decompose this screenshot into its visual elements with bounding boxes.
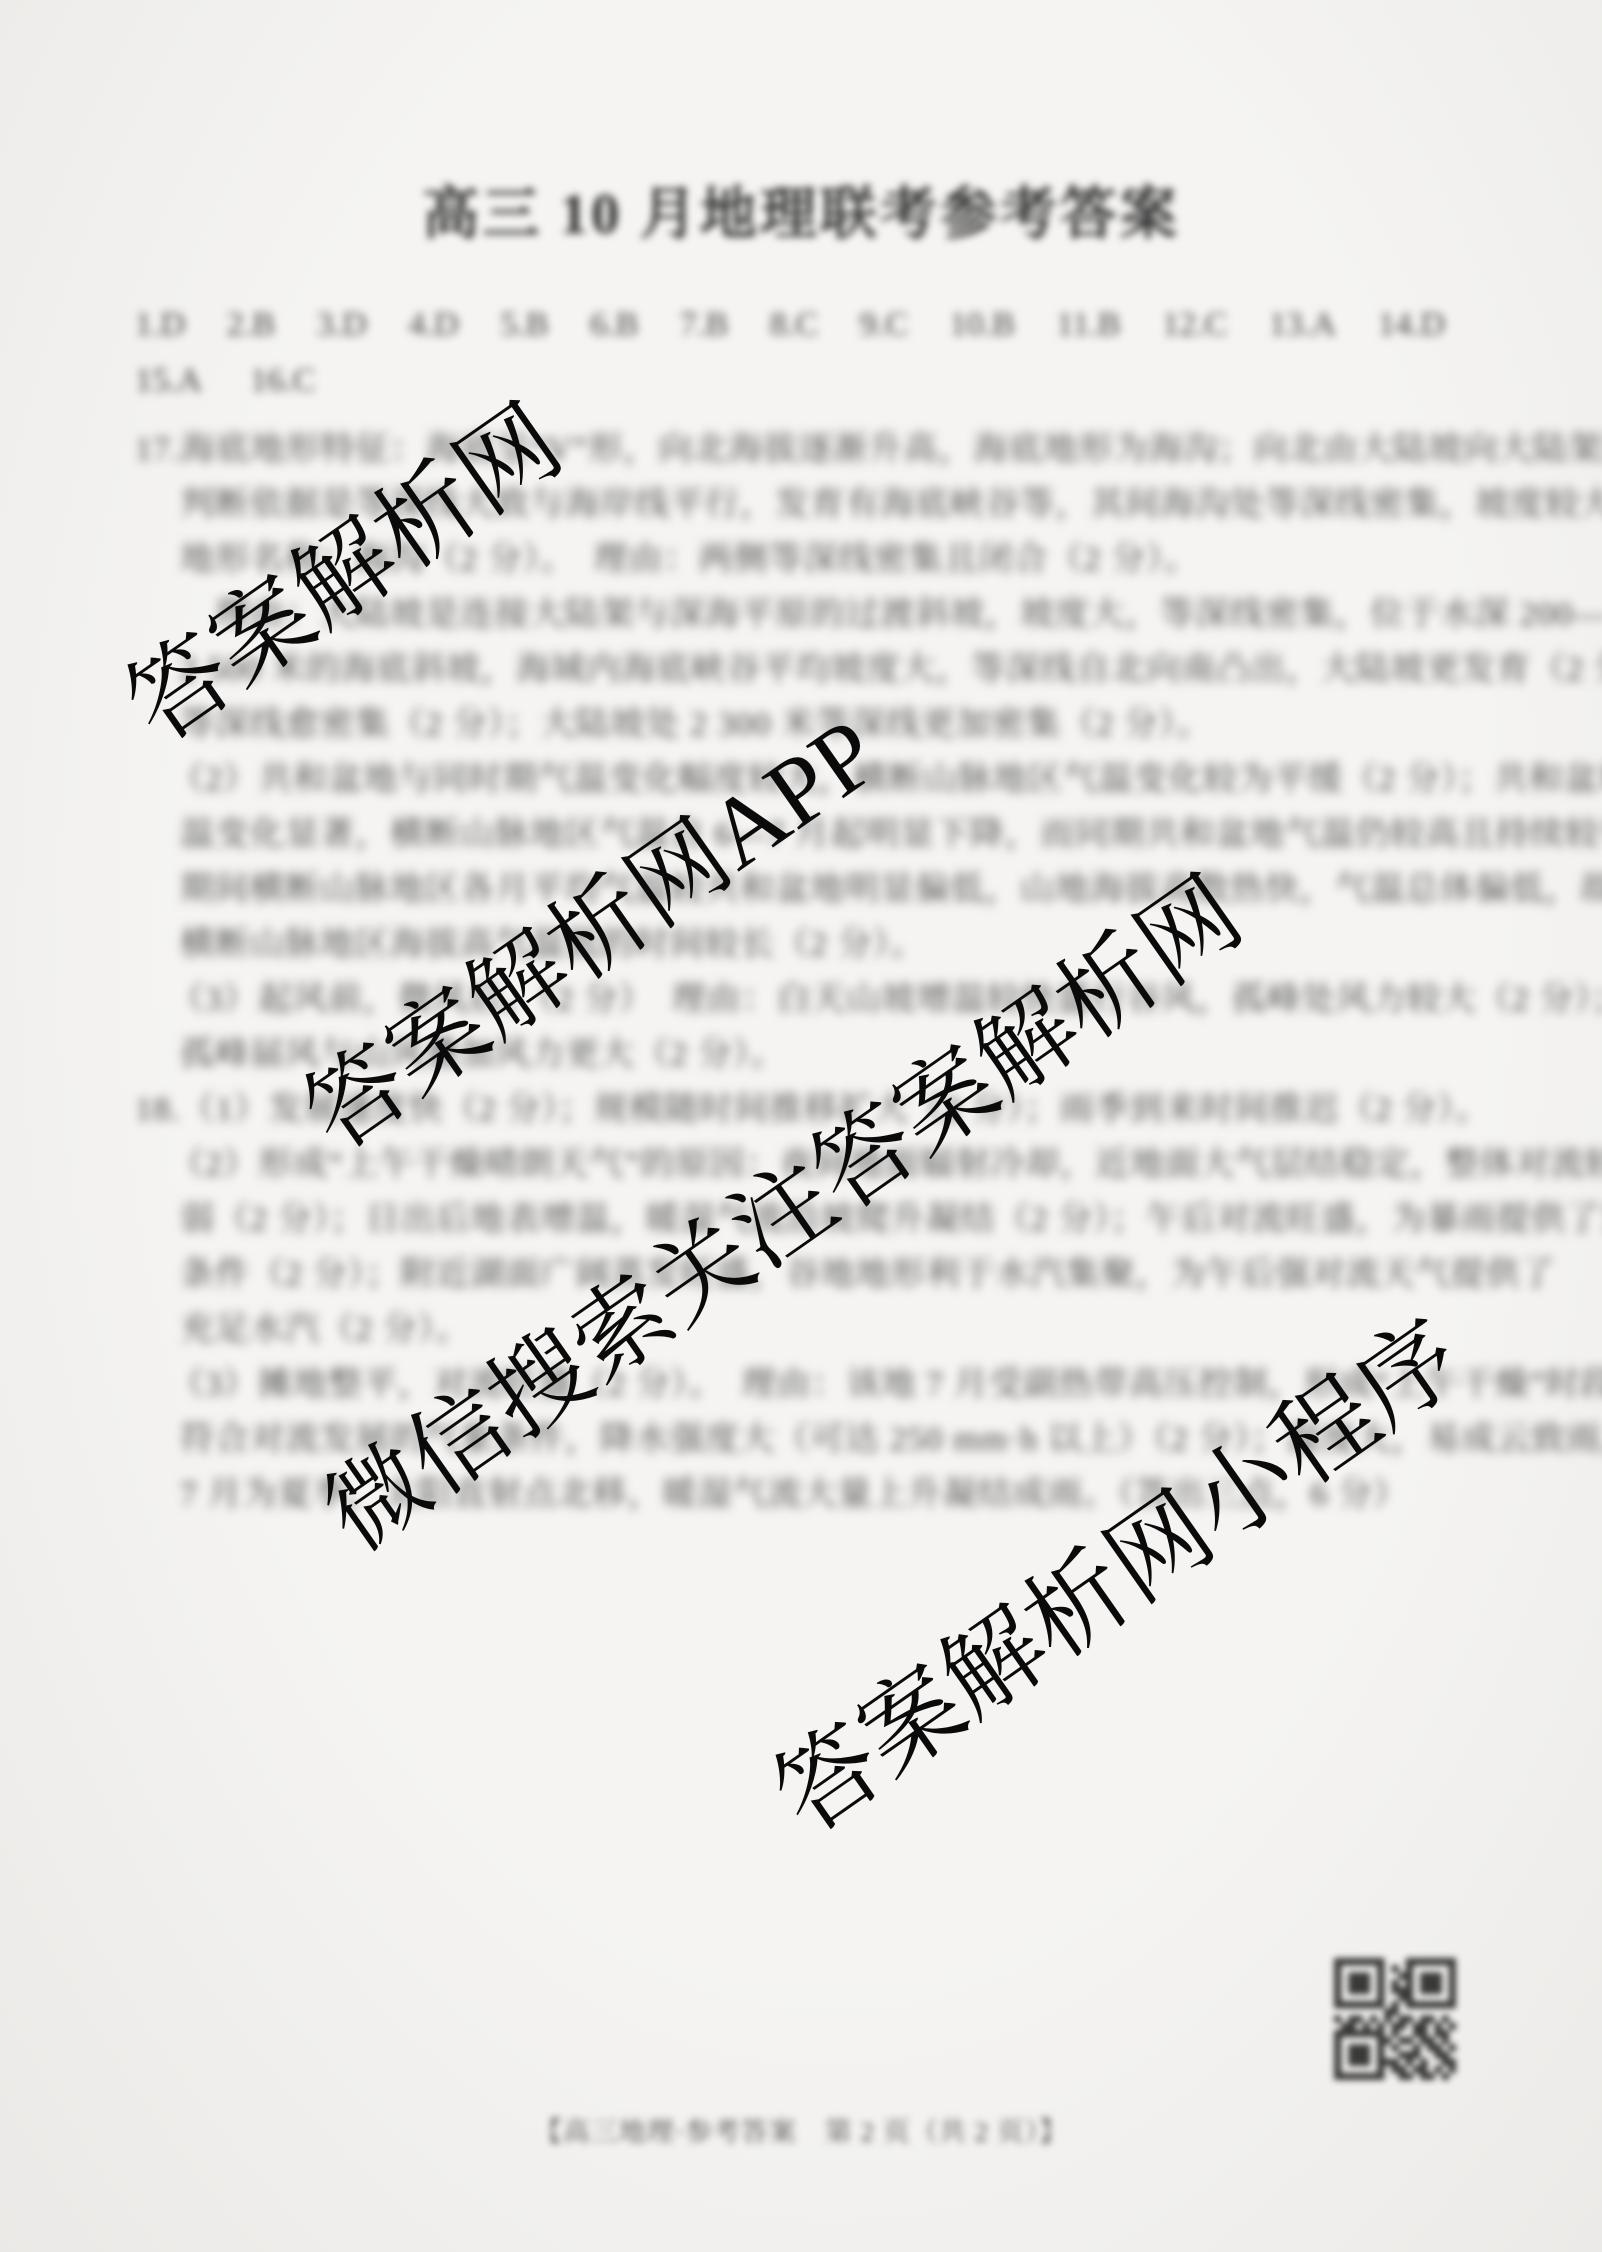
body-text-line: 横断山脉地区海拔高气温低的时间较长（2 分）。: [180, 925, 926, 966]
body-text-line: 孤峰届风与山风叠加风力更大（2 分）。: [180, 1035, 786, 1076]
body-text-line: 18.（1）发展速度快（2 分）；规模随时间推移扩大（2 分）；雨季到来时间推迟…: [135, 1090, 1490, 1131]
qr-code: [1334, 1958, 1456, 2080]
body-text-line: （3）摊地整平，对流旺盛（2 分）。 理由：该地 7 月受副热带高压控制，形成“…: [170, 1365, 1602, 1406]
body-text-line: 符合对流发展的气象条件，降水强度大（可达 250 mm·h 以上）（2 分）；湿…: [180, 1420, 1602, 1461]
body-text-line: 2 500 米的海底斜坡，海域内海底峡谷平均坡度大，等深线自北向南凸出，大陆坡更…: [180, 650, 1602, 691]
body-text-line: 温变化显著，横断山脉地区气温自 6—7 月起明显下降，而同期共和盆地气温仍较高且…: [180, 815, 1602, 856]
body-text-line: 地形名称：海沟（2 分）。 理由：两侧等深线密集且闭合（2 分）。: [180, 540, 1199, 581]
body-text-line: （2）共和盆地与同时期气温变化幅度较大，横断山脉地区气温变化较为平缓（2 分）；…: [170, 760, 1602, 801]
page-footer: 【高三地理·参考答案 第 2 页（共 2 页）】: [535, 2110, 1068, 2149]
body-text-line: 7 月为夏季，太阳直射点北移，暖湿气流大量上升凝结成雨。（答出三点，6 分）: [180, 1475, 1408, 1516]
document-page: 高三 10 月地理联考参考答案 1.D2.B3.D4.D5.B6.B7.B8.C…: [0, 0, 1602, 2252]
body-text-line: 期间横断山脉地区各月平均气温较共和盆地明显偏低，山地海拔高散热快，气温总体偏低，…: [180, 870, 1602, 911]
body-text-line: 条件（2 分）；附近湖面广阔蒸发旺盛，谷地地形利于水汽集聚，为午后强对流天气提供…: [180, 1255, 1556, 1296]
body-text-line: （2）形成“上午干燥晴朗天气”的原因：夜间地面辐射冷却，近地面大气层结稳定，整体…: [170, 1145, 1602, 1186]
body-text: 17.海底地形特征：海底呈“V”形，向北海拔逐渐升高，海底地形为海沟；向北由大陆…: [0, 0, 1602, 2252]
body-text-line: （3）起风前，微风后。（2 分） 理由：白天山坡增温较快盛行谷风，孤峰处风力较大…: [170, 980, 1602, 1021]
body-text-line: 判断依据是等深线大致与海岸线平行，发育有海底峡谷等，其间海沟处等深线密集，坡度较…: [180, 485, 1602, 526]
body-text-line: 理由：大陆坡是连接大陆架与深海平原的过渡斜坡，坡度大，等深线密集，位于水深 20…: [180, 595, 1602, 636]
body-text-line: 充足水汽（2 分）。: [180, 1310, 471, 1351]
body-text-line: 等深线愈密集（2 分）；大陆坡处 2 300 米等深线更加密集（2 分）。: [180, 705, 1212, 746]
body-text-line: 弱（2 分）；日出后地表增温，暖湿气流沿坡爬升凝结（2 分）；午后对流旺盛，为暴…: [180, 1200, 1602, 1241]
body-text-line: 17.海底地形特征：海底呈“V”形，向北海拔逐渐升高，海底地形为海沟；向北由大陆…: [135, 430, 1602, 471]
